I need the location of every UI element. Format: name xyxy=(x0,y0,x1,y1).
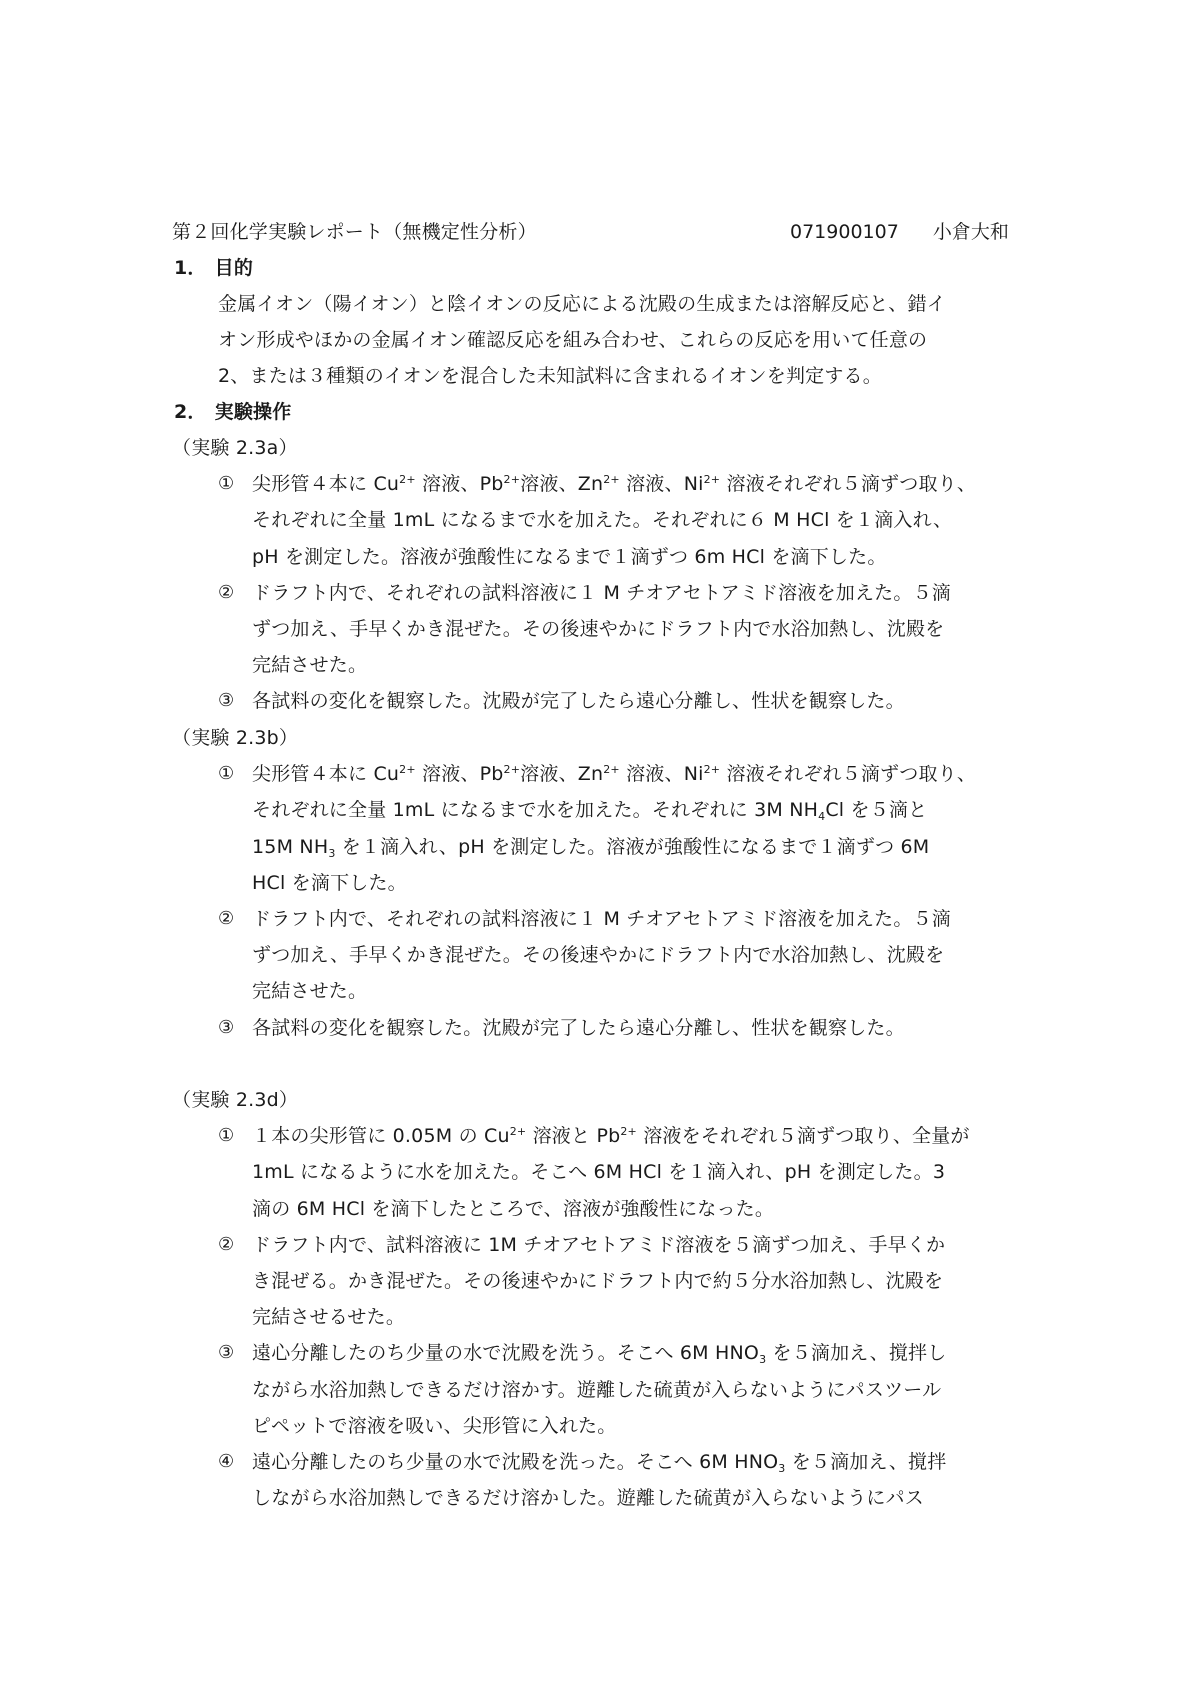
subscript-count: 3 xyxy=(759,1353,766,1366)
superscript-charge: 2+ xyxy=(504,473,521,486)
step-marker: ② xyxy=(218,581,234,605)
purpose-line: オン形成やほかの金属イオン確認反応を組み合わせ、これらの反応を用いて任意の xyxy=(218,328,927,352)
step-text-line: ずつ加え、手早くかき混ぜた。その後速やかにドラフト内で水浴加熱し、沈殿を xyxy=(252,617,944,641)
purpose-line: 2、または３種類のイオンを混合した未知試料に含まれるイオンを判定する。 xyxy=(218,364,882,388)
step-text-line: 1mL になるように水を加えた。そこへ 6M HCl を１滴入れ、pH を測定し… xyxy=(252,1160,945,1184)
step-text-line: １本の尖形管に 0.05M の Cu2+ 溶液と Pb2+ 溶液をそれぞれ５滴ず… xyxy=(252,1124,970,1148)
superscript-charge: 2+ xyxy=(399,473,416,486)
step-marker: ③ xyxy=(218,1341,234,1365)
superscript-charge: 2+ xyxy=(704,473,721,486)
step-marker: ④ xyxy=(218,1450,234,1474)
superscript-charge: 2+ xyxy=(704,763,721,776)
section-1-title: 目的 xyxy=(215,257,253,279)
step-text-line: ドラフト内で、試料溶液に 1M チオアセトアミド溶液を５滴ずつ加え、手早くか xyxy=(252,1233,945,1257)
step-text-line: 各試料の変化を観察した。沈殿が完了したら遠心分離し、性状を観察した。 xyxy=(252,689,905,713)
section-1-heading: 1．目的 xyxy=(174,256,253,280)
step-marker: ① xyxy=(218,472,234,496)
superscript-charge: 2+ xyxy=(399,763,416,776)
step-text-line: それぞれに全量 1mL になるまで水を加えた。それぞれに 3M NH4Cl を５… xyxy=(252,798,927,822)
step-marker: ① xyxy=(218,762,234,786)
step-marker: ② xyxy=(218,1233,234,1257)
step-text-line: ながら水浴加熱しできるだけ溶かす。遊離した硫黄が入らないようにパスツール xyxy=(252,1378,941,1402)
step-marker: ① xyxy=(218,1124,234,1148)
step-text-line: ドラフト内で、それぞれの試料溶液に１ M チオアセトアミド溶液を加えた。５滴 xyxy=(252,581,951,605)
step-marker: ③ xyxy=(218,689,234,713)
step-text-line: しながら水浴加熱しできるだけ溶かした。遊離した硫黄が入らないようにパス xyxy=(252,1486,924,1510)
step-text-line: 尖形管４本に Cu2+ 溶液、Pb2+溶液、Zn2+ 溶液、Ni2+ 溶液それぞ… xyxy=(252,762,976,786)
step-text-line: 完結させた。 xyxy=(252,979,367,1003)
section-1-number: 1． xyxy=(174,257,207,279)
section-2-title: 実験操作 xyxy=(215,401,292,423)
superscript-charge: 2+ xyxy=(620,1125,637,1138)
step-text-line: pH を測定した。溶液が強酸性になるまで１滴ずつ 6m HCl を滴下した。 xyxy=(252,545,887,569)
superscript-charge: 2+ xyxy=(504,763,521,776)
experiment-label: （実験 2.3d） xyxy=(172,1088,298,1112)
step-text-line: 完結させた。 xyxy=(252,653,367,677)
step-text-line: ずつ加え、手早くかき混ぜた。その後速やかにドラフト内で水浴加熱し、沈殿を xyxy=(252,943,944,967)
step-text-line: き混ぜる。かき混ぜた。その後速やかにドラフト内で約５分水浴加熱し、沈殿を xyxy=(252,1269,943,1293)
document-page: 第２回化学実験レポート（無機定性分析） 071900107 小倉大和 1．目的 … xyxy=(0,0,1200,1696)
purpose-line: 金属イオン（陽イオン）と陰イオンの反応による沈殿の生成または溶解反応と、錯イ xyxy=(218,292,946,316)
step-text-line: 遠心分離したのち少量の水で沈殿を洗った。そこへ 6M HNO3 を５滴加え、撹拌 xyxy=(252,1450,946,1474)
experiment-label: （実験 2.3a） xyxy=(172,436,298,460)
step-text-line: それぞれに全量 1mL になるまで水を加えた。それぞれに６ M HCl を１滴入… xyxy=(252,508,952,532)
experiment-label: （実験 2.3b） xyxy=(172,726,298,750)
step-text-line: ドラフト内で、それぞれの試料溶液に１ M チオアセトアミド溶液を加えた。５滴 xyxy=(252,907,951,931)
step-text-line: 尖形管４本に Cu2+ 溶液、Pb2+溶液、Zn2+ 溶液、Ni2+ 溶液それぞ… xyxy=(252,472,976,496)
step-text-line: 各試料の変化を観察した。沈殿が完了したら遠心分離し、性状を観察した。 xyxy=(252,1016,905,1040)
step-text-line: 遠心分離したのち少量の水で沈殿を洗う。そこへ 6M HNO3 を５滴加え、撹拌し xyxy=(252,1341,946,1365)
superscript-charge: 2+ xyxy=(603,473,620,486)
subscript-count: 3 xyxy=(778,1462,785,1475)
student-id: 071900107 xyxy=(790,221,899,243)
step-text-line: 滴の 6M HCl を滴下したところで、溶液が強酸性になった。 xyxy=(252,1197,774,1221)
section-2-number: 2． xyxy=(174,401,207,423)
report-title: 第２回化学実験レポート（無機定性分析） xyxy=(172,220,537,244)
superscript-charge: 2+ xyxy=(510,1125,527,1138)
subscript-count: 3 xyxy=(328,847,335,860)
step-marker: ② xyxy=(218,907,234,931)
step-text-line: ピペットで溶液を吸い、尖形管に入れた。 xyxy=(252,1414,616,1438)
subscript-count: 4 xyxy=(818,810,825,823)
superscript-charge: 2+ xyxy=(603,763,620,776)
step-text-line: HCl を滴下した。 xyxy=(252,871,407,895)
step-marker: ③ xyxy=(218,1016,234,1040)
step-text-line: 完結させるせた。 xyxy=(252,1305,405,1329)
section-2-heading: 2．実験操作 xyxy=(174,400,291,424)
author-name: 小倉大和 xyxy=(933,221,1009,243)
author-info: 071900107 小倉大和 xyxy=(790,220,1009,244)
step-text-line: 15M NH3 を１滴入れ、pH を測定した。溶液が強酸性になるまで１滴ずつ 6… xyxy=(252,835,929,859)
